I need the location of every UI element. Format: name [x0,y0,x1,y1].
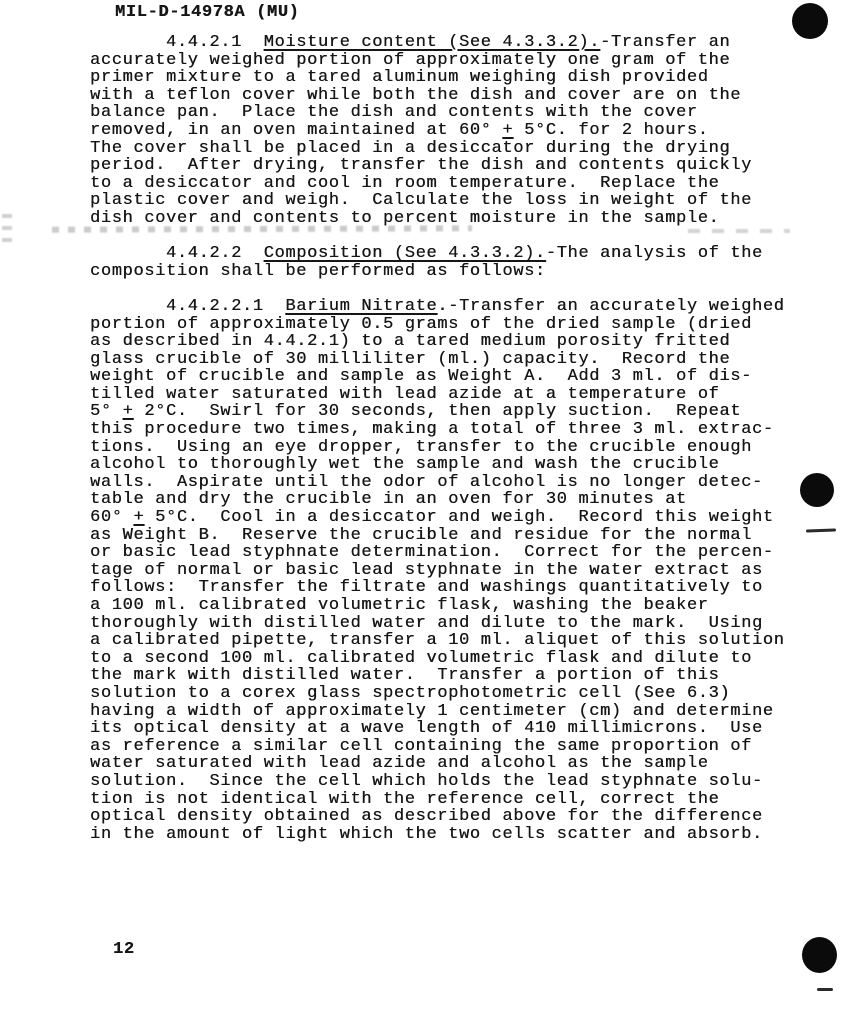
ink-dash-mark [817,988,833,991]
text-line: 4.4.2.2 Composition (See 4.3.3.2).-The a… [90,245,785,263]
scan-smudge [2,214,12,248]
text-line: dish cover and contents to percent moist… [90,210,785,228]
text-line: composition shall be performed as follow… [90,263,785,281]
text-line: follows: Transfer the filtrate and washi… [90,579,785,597]
text-line: accurately weighed portion of approximat… [90,52,785,70]
text-line: The cover shall be placed in a desiccato… [90,140,785,158]
text-line: a 100 ml. calibrated volumetric flask, w… [90,597,785,615]
text-line: to a second 100 ml. calibrated volumetri… [90,650,785,668]
paragraph-4.4.2.1: 4.4.2.1 Moisture content (See 4.3.3.2).-… [90,34,785,228]
text-line: removed, in an oven maintained at 60° + … [90,122,785,140]
text-line: or basic lead styphnate determination. C… [90,544,785,562]
text-line: 4.4.2.1 Moisture content (See 4.3.3.2).-… [90,34,785,52]
text-line: with a teflon cover while both the dish … [90,87,785,105]
text-line: solution. Since the cell which holds the… [90,773,785,791]
ink-dash-mark [806,528,836,532]
text-line: tage of normal or basic lead styphnate i… [90,562,785,580]
text-line: plastic cover and weigh. Calculate the l… [90,192,785,210]
text-line: as Weight B. Reserve the crucible and re… [90,527,785,545]
text-line: this procedure two times, making a total… [90,421,785,439]
text-line: 5° + 2°C. Swirl for 30 seconds, then app… [90,403,785,421]
text-line: walls. Aspirate until the odor of alcoho… [90,474,785,492]
text-line: water saturated with lead azide and alco… [90,755,785,773]
text-line: balance pan. Place the dish and contents… [90,104,785,122]
registration-dot-icon [802,937,837,973]
paragraph-4.4.2.2.1: 4.4.2.2.1 Barium Nitrate.-Transfer an ac… [90,298,785,843]
document-body: 4.4.2.1 Moisture content (See 4.3.3.2).-… [90,34,785,843]
text-line: 4.4.2.2.1 Barium Nitrate.-Transfer an ac… [90,298,785,316]
text-line: thoroughly with distilled water and dilu… [90,615,785,633]
text-line: in the amount of light which the two cel… [90,826,785,844]
text-line: the mark with distilled water. Transfer … [90,667,785,685]
text-line: tion is not identical with the reference… [90,791,785,809]
text-line: tilled water saturated with lead azide a… [90,386,785,404]
text-line: optical density obtained as described ab… [90,808,785,826]
text-line: alcohol to thoroughly wet the sample and… [90,456,785,474]
registration-dot-icon [792,3,828,39]
text-line: having a width of approximately 1 centim… [90,703,785,721]
text-line: primer mixture to a tared aluminum weigh… [90,69,785,87]
text-line: tions. Using an eye dropper, transfer to… [90,439,785,457]
text-line: portion of approximately 0.5 grams of th… [90,316,785,334]
text-line: glass crucible of 30 milliliter (ml.) ca… [90,351,785,369]
text-line: solution to a corex glass spectrophotome… [90,685,785,703]
text-line: as described in 4.4.2.1) to a tared medi… [90,333,785,351]
text-line: its optical density at a wave length of … [90,720,785,738]
text-line: weight of crucible and sample as Weight … [90,368,785,386]
text-line: period. After drying, transfer the dish … [90,157,785,175]
text-line: to a desiccator and cool in room tempera… [90,175,785,193]
page-number: 12 [113,940,135,959]
text-line: table and dry the crucible in an oven fo… [90,491,785,509]
paragraph-4.4.2.2: 4.4.2.2 Composition (See 4.3.3.2).-The a… [90,245,785,280]
document-id-header: MIL-D-14978A (MU) [115,3,299,22]
registration-dot-icon [800,473,834,507]
text-line: 60° + 5°C. Cool in a desiccator and weig… [90,509,785,527]
scanned-document-page: MIL-D-14978A (MU) 4.4.2.1 Moisture conte… [0,0,851,1013]
text-line: as reference a similar cell containing t… [90,738,785,756]
text-line: a calibrated pipette, transfer a 10 ml. … [90,632,785,650]
